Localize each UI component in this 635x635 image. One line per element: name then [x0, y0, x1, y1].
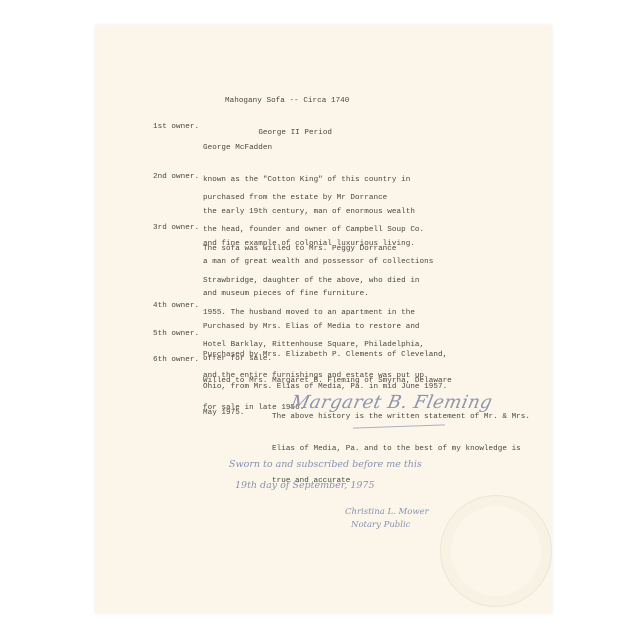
- owner-line: purchased from the estate by Mr Dorrance: [203, 193, 433, 204]
- notary-signature: Christina L. Mower: [345, 507, 429, 517]
- owner-line: Willed to Mrs. Margaret B. Fleming of Sm…: [203, 376, 452, 387]
- title-line-1: Mahogany Sofa -- Circa 1740: [225, 96, 349, 107]
- owner-label: 4th owner.: [153, 301, 199, 312]
- owner-label: 2nd owner.: [153, 172, 199, 183]
- owner-label: 1st owner.: [153, 122, 199, 133]
- notary-sworn-line-1: Sworn to and subscribed before me this: [229, 459, 422, 470]
- owner-entry-3: 3rd owner. The sofa was willed to Mrs. P…: [153, 223, 533, 265]
- document-page: Mahogany Sofa -- Circa 1740 George II Pe…: [95, 25, 552, 613]
- owner-entry-2: 2nd owner. purchased from the estate by …: [153, 172, 533, 214]
- owner-line: Strawbridge, daughter of the above, who …: [203, 276, 424, 287]
- statement-line: The above history is the written stateme…: [272, 412, 530, 423]
- owner-line: The sofa was willed to Mrs. Peggy Dorran…: [203, 244, 424, 255]
- statement-line: Elias of Media, Pa. and to the best of m…: [272, 444, 530, 455]
- owner-entry-1: 1st owner. George McFadden known as the …: [153, 122, 533, 164]
- notary-sworn-line-2: 19th day of September, 1975: [235, 480, 375, 491]
- owner-label: 5th owner.: [153, 329, 199, 340]
- owner-line: George McFadden: [203, 143, 415, 154]
- owner-signature: Margaret B. Fleming: [289, 392, 495, 413]
- owner-label: 3rd owner.: [153, 223, 199, 234]
- owner-label: 6th owner.: [153, 355, 199, 366]
- notary-title: Notary Public: [351, 520, 410, 530]
- embossed-seal-icon: [440, 495, 552, 607]
